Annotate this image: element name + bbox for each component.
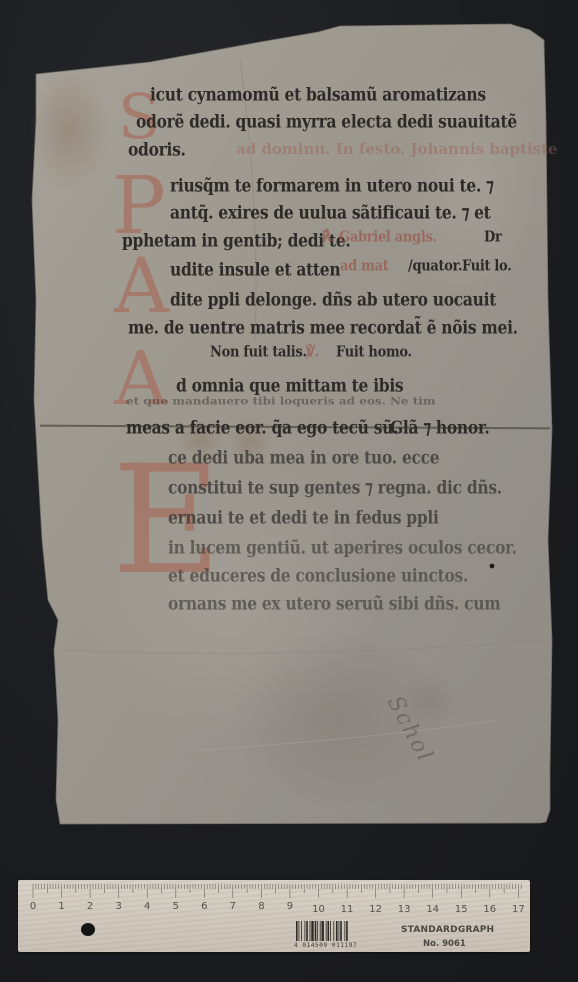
ruler-model: No. 9061	[423, 939, 466, 949]
inline-rubric: /quator.	[408, 258, 462, 275]
inline-rubric: Fuit lo.	[462, 258, 511, 275]
inline-rubric: ad mat	[340, 258, 388, 275]
text-line: riusq̃m te formarem in utero noui te. ⁊	[170, 174, 494, 196]
ruler-number: 10	[312, 904, 325, 915]
decorated-initial: A	[114, 248, 169, 324]
ruler-number: 14	[426, 904, 439, 915]
inline-rubric: ℟. Gabriel angls.	[322, 229, 437, 246]
ruler-brand: STANDARDGRAPH	[401, 925, 494, 935]
text-line: ornans me ex utero seruũ sibi dñs. cum	[168, 592, 500, 614]
ruler-number: 12	[369, 904, 382, 915]
text-line: pphetam in gentib; dedi te.	[122, 229, 350, 251]
ruler-number: 2	[87, 901, 93, 912]
text-line: dite ppli delonge. dñs ab utero uocauit	[170, 288, 496, 310]
text-line: et educeres de conclusione uinctos.	[168, 564, 468, 586]
ruler-ticks	[18, 880, 530, 910]
text-line: Glã ⁊ honor.	[390, 416, 489, 438]
text-line: antq̃. exires de uulua sãtificaui te. ⁊ …	[170, 201, 491, 223]
manuscript-leaf: SPAAEad dominu. In festo. Johannis bapti…	[0, 0, 578, 860]
ruler-number: 7	[230, 901, 236, 912]
ruler-number: 4	[144, 901, 150, 912]
inline-rubric: Dr	[484, 229, 502, 246]
text-line: d omnia que mittam te ibis	[176, 374, 403, 396]
measuring-ruler: 01234567891011121314151617 4 014509 0111…	[18, 880, 530, 952]
ruler-number: 17	[512, 904, 525, 915]
ruler-number: 3	[115, 901, 121, 912]
text-line: odorẽ dedi. quasi myrra electa dedi suau…	[136, 110, 517, 132]
ruler-number: 13	[398, 904, 411, 915]
hanging-hole	[81, 923, 95, 936]
text-line: icut cynamomũ et balsamũ aromatizans	[150, 83, 486, 105]
manuscript-text: SPAAEad dominu. In festo. Johannis bapti…	[0, 0, 578, 860]
rubric-heading: ad dominu. In festo. Johannis baptiste	[236, 140, 558, 158]
ruler-number: 1	[58, 901, 64, 912]
text-line: Non fuit talis.	[210, 344, 307, 361]
ruler-number: 15	[455, 904, 468, 915]
text-line: in lucem gentiũ. ut aperires oculos ceco…	[168, 536, 517, 558]
text-line: ernaui te et dedi te in fedus ppli	[168, 506, 439, 528]
text-line: meas a facie eor. q̃a ego tecũ sũ.	[126, 416, 398, 438]
ruler-number: 8	[258, 901, 264, 912]
barcode-icon	[296, 921, 370, 941]
ruler-number: 6	[201, 901, 207, 912]
text-line: me. de uentre matris mee recordat̃ ẽ nõi…	[128, 316, 518, 338]
ruler-number: 11	[341, 904, 354, 915]
text-line: constitui te sup gentes ⁊ regna. dic dñs…	[168, 476, 502, 498]
ruler-number: 5	[173, 901, 179, 912]
ruler-number: 9	[287, 901, 293, 912]
barcode-digits: 4 014509 011197	[294, 942, 357, 949]
text-line: ce dedi uba mea in ore tuo. ecce	[168, 446, 439, 468]
ruler-number: 16	[483, 904, 496, 915]
text-line: Fuit homo.	[336, 344, 412, 361]
offset-text-line: et que mandauero tibi loqueris ad eos. N…	[126, 395, 436, 407]
ruler-number: 0	[30, 901, 36, 912]
text-line: odoris.	[128, 138, 186, 160]
text-line: udite insule et atten	[170, 258, 340, 280]
inline-rubric: ℣.	[306, 344, 319, 361]
